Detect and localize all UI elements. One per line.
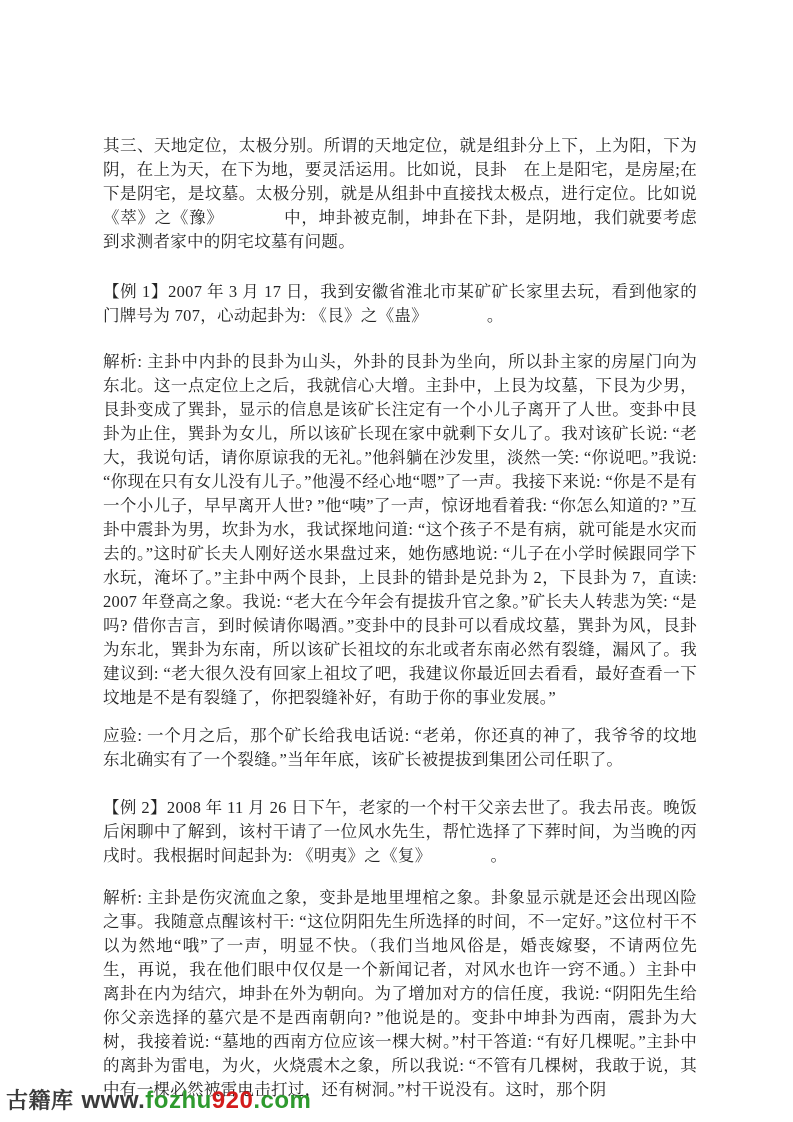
paragraph-positioning-theory: 其三、天地定位，太极分别。所谓的天地定位，就是组卦分上下，上为阳，下为阴，在上为… — [103, 134, 697, 254]
paragraph-example-1: 【例 1】2007 年 3 月 17 日，我到安徽省淮北市某矿矿长家里去玩，看到… — [103, 280, 697, 328]
paragraph-analysis-2: 解析: 主卦是伤灾流血之象，变卦是地里埋棺之象。卦象显示就是还会出现凶险之事。我… — [103, 886, 697, 1102]
watermark-url-com: .com — [253, 1087, 311, 1114]
watermark-url-fozhu: fozhu — [145, 1087, 211, 1114]
book-page: 其三、天地定位，太极分别。所谓的天地定位，就是组卦分上下，上为阳，下为阴，在上为… — [0, 0, 793, 1122]
page-text: 其三、天地定位，太极分别。所谓的天地定位，就是组卦分上下，上为阳，下为阴，在上为… — [103, 134, 697, 1102]
watermark: 古籍库www.fozhu920.com — [6, 1084, 311, 1115]
paragraph-analysis-1: 解析: 主卦中内卦的艮卦为山头，外卦的艮卦为坐向，所以卦主家的房屋门向为东北。这… — [103, 350, 697, 710]
watermark-url-920: 920 — [212, 1087, 254, 1114]
paragraph-verification: 应验: 一个月之后，那个矿长给我电话说: “老弟，你还真的神了，我爷爷的坟地东北… — [103, 724, 697, 772]
watermark-url-www: www. — [82, 1087, 146, 1114]
watermark-library-label: 古籍库 — [6, 1088, 74, 1113]
paragraph-example-2: 【例 2】2008 年 11 月 26 日下午，老家的一个村干父亲去世了。我去吊… — [103, 796, 697, 868]
